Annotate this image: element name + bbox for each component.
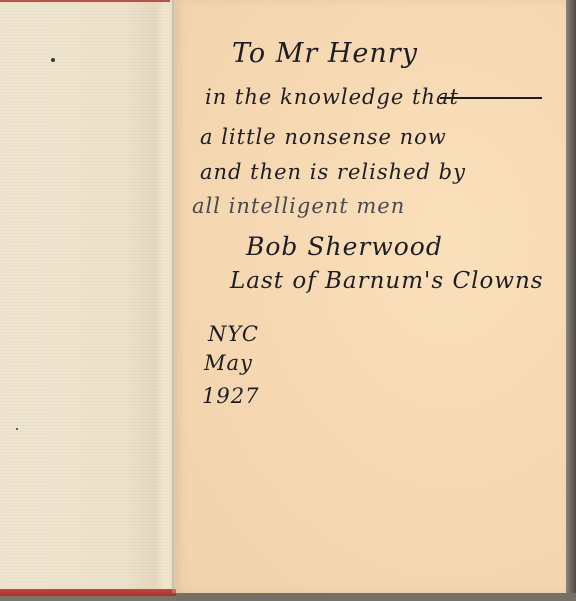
signature-title: Last of Barnum's Clowns [230, 268, 544, 294]
cover-edge-top [0, 0, 170, 2]
ink-speck [16, 428, 18, 430]
inscription-place: NYC [208, 322, 259, 346]
cover-edge-bottom [0, 589, 176, 596]
inscription-year: 1927 [202, 384, 259, 408]
inscription-line-2: a little nonsense now [200, 125, 447, 149]
inscription-month: May [204, 351, 253, 375]
page-edge-shadow [566, 0, 576, 601]
inscription-line-3: and then is relished by [200, 160, 466, 184]
inscription-line-1: in the knowledge that [205, 85, 459, 109]
book-gutter [172, 0, 178, 593]
ink-speck [51, 58, 55, 62]
inscription-line-4: all intelligent men [192, 194, 405, 218]
inscription-salutation: To Mr Henry [232, 38, 418, 69]
book-photo: To Mr Henry in the knowledge that a litt… [0, 0, 576, 601]
pen-stroke [440, 97, 542, 99]
scanner-bed [176, 593, 576, 601]
signature: Bob Sherwood [246, 232, 443, 261]
front-endpaper [0, 0, 176, 591]
